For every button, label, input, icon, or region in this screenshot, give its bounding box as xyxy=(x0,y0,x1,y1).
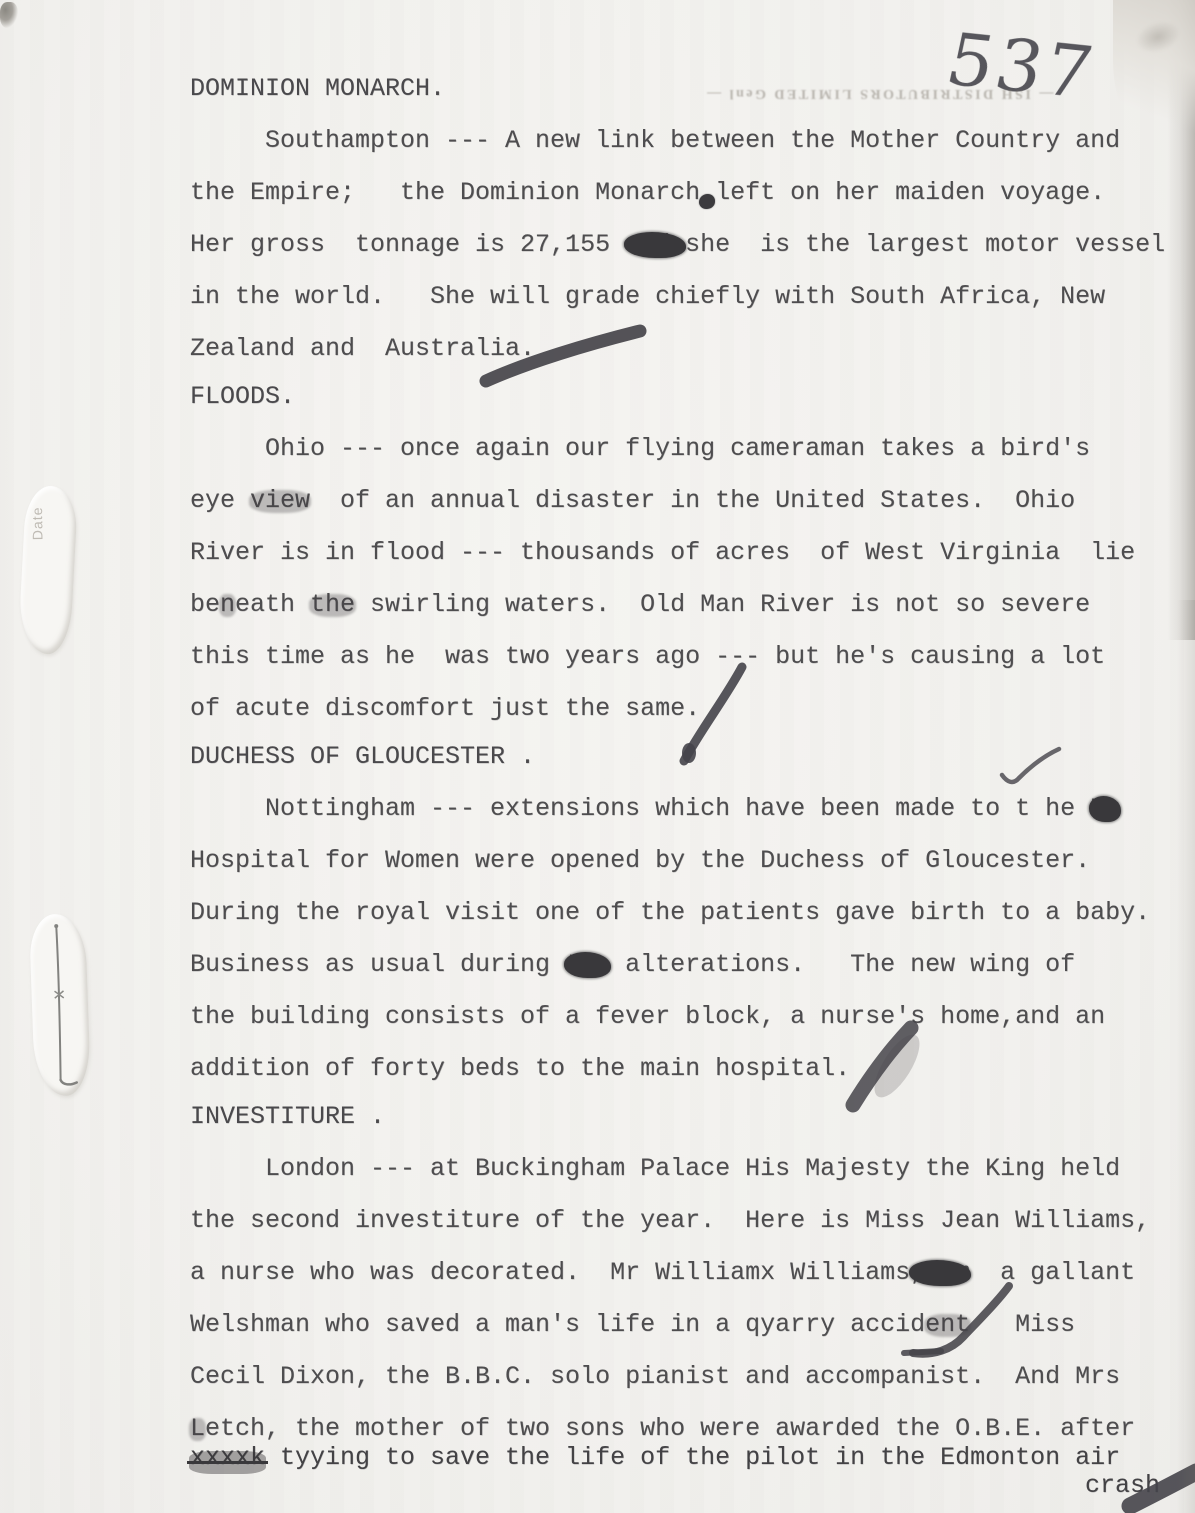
text-line: in the world. She will grade chiefly wit… xyxy=(190,271,1163,323)
bleedthrough-stamp: — ISH DISTRIBUTORS LIMITED Genl — xyxy=(690,82,1068,104)
text-line: Hospital for Women were opened by the Du… xyxy=(190,835,1163,887)
text-line: a nurse who was decorated. Mr Williamx W… xyxy=(190,1247,1163,1299)
ink-dark-mark xyxy=(624,232,686,258)
ink-smear-mark xyxy=(189,1418,206,1441)
ink-smear-mark xyxy=(249,490,311,513)
corner-curl-shadow xyxy=(1131,16,1184,59)
text-line: eye view of an annual disaster in the Un… xyxy=(190,475,1163,527)
section-heading: INVESTITURE . xyxy=(190,1091,1163,1143)
text-line: During the royal visit one of the patien… xyxy=(190,887,1163,939)
section-heading: FLOODS. xyxy=(190,371,1163,423)
text-line: River is in flood --- thousands of acres… xyxy=(190,527,1163,579)
text-line: crash xyxy=(190,1471,1163,1501)
scanned-page: DOMINION MONARCH. Southampton --- A new … xyxy=(0,0,1195,1513)
typed-text: DOMINION MONARCH. Southampton --- A new … xyxy=(190,63,1163,1501)
text-line: beneath the swirling waters. Old Man Riv… xyxy=(190,579,1163,631)
text-line: Zealand and Australia. xyxy=(190,323,1163,375)
ink-smear-mark xyxy=(309,594,356,617)
text-line: the second investiture of the year. Here… xyxy=(190,1195,1163,1247)
text-line: of acute discomfort just the same. xyxy=(190,683,1163,735)
section-heading: DUCHESS OF GLOUCESTER . xyxy=(190,731,1163,783)
text-line: Ohio --- once again our flying cameraman… xyxy=(190,423,1163,475)
staple-wire-icon xyxy=(29,913,91,1097)
ink-blob-mark xyxy=(699,194,715,209)
embossed-staple-mark xyxy=(29,913,91,1097)
date-label: Date xyxy=(29,506,46,540)
text-line: Business as usual during the alterations… xyxy=(190,939,1163,991)
right-edge-shadow-lower xyxy=(1177,600,1195,1513)
text-line: this time as he was two years ago --- bu… xyxy=(190,631,1163,683)
text-line: Her gross tonnage is 27,155 and she is t… xyxy=(190,219,1163,271)
text-line: addition of forty beds to the main hospi… xyxy=(190,1043,1163,1095)
text-line: the building consists of a fever block, … xyxy=(190,991,1163,1043)
text-line: Cecil Dixon, the B.B.C. solo pianist and… xyxy=(190,1351,1163,1403)
ink-dark-mark xyxy=(564,952,611,978)
ink-smudge-top-left xyxy=(0,2,18,28)
right-edge-shadow xyxy=(1167,0,1195,640)
text-line: Southampton --- A new link between the M… xyxy=(190,115,1163,167)
ink-smear-mark xyxy=(924,1314,971,1337)
ink-dark-mark xyxy=(909,1260,971,1286)
text-line: London --- at Buckingham Palace His Maje… xyxy=(190,1143,1163,1195)
text-line: Welshman who saved a man's life in a qya… xyxy=(190,1299,1163,1351)
ink-smear-mark xyxy=(219,594,236,617)
text-line: Nottingham --- extensions which have bee… xyxy=(190,783,1163,835)
embossed-date-mark: Date xyxy=(18,485,79,655)
text-line: the Empire; the Dominion Monarch left on… xyxy=(190,167,1163,219)
ink-dark-mark xyxy=(1089,796,1121,822)
